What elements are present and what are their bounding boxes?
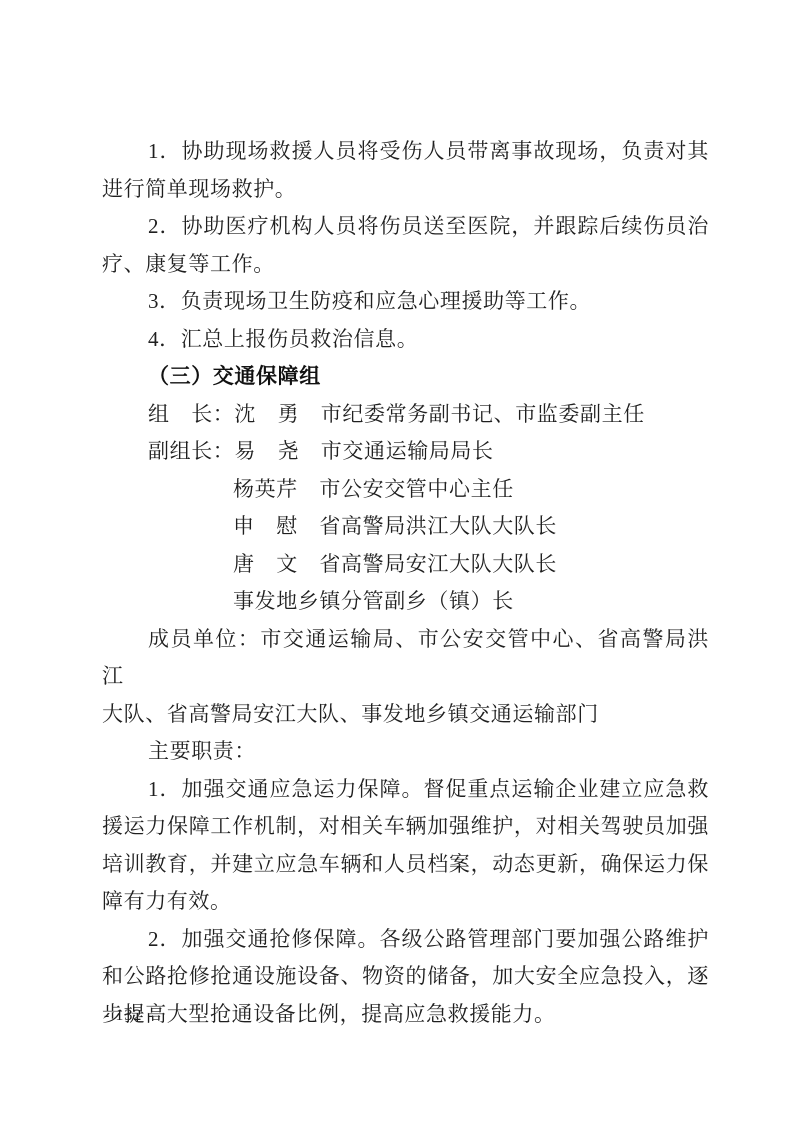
page-number: - 132 - (104, 1006, 154, 1026)
section-heading: （三）交通保障组 (102, 358, 709, 396)
text-line: 步提高大型抢通设备比例，提高应急救援能力。 (102, 996, 709, 1034)
document-page: 1．协助现场救援人员将受伤人员带离事故现场，负责对其进行简单现场救护。2．协助医… (0, 0, 793, 1122)
text-line: 和公路抢修抢通设施设备、物资的储备，加大安全应急投入，逐 (102, 958, 709, 996)
document-body: 1．协助现场救援人员将受伤人员带离事故现场，负责对其进行简单现场救护。2．协助医… (102, 133, 709, 1033)
text-line: 杨英芹 市公安交管中心主任 (102, 471, 709, 509)
text-line: 申 慰 省高警局洪江大队大队长 (102, 508, 709, 546)
text-line: 援运力保障工作机制，对相关车辆加强维护，对相关驾驶员加强 (102, 808, 709, 846)
text-line: 1．协助现场救援人员将受伤人员带离事故现场，负责对其 (102, 133, 709, 171)
text-line: 2．协助医疗机构人员将伤员送至医院，并跟踪后续伤员治 (102, 208, 709, 246)
text-line: 进行简单现场救护。 (102, 171, 709, 209)
text-line: 成员单位：市交通运输局、市公安交管中心、省高警局洪江 (102, 621, 709, 696)
text-line: 1．加强交通应急运力保障。督促重点运输企业建立应急救 (102, 771, 709, 809)
text-line: 2．加强交通抢修保障。各级公路管理部门要加强公路维护 (102, 921, 709, 959)
text-line: 主要职责： (102, 733, 709, 771)
text-line: 副组长：易 尧 市交通运输局局长 (102, 433, 709, 471)
text-line: 事发地乡镇分管副乡（镇）长 (102, 583, 709, 621)
text-line: 组 长：沈 勇 市纪委常务副书记、市监委副主任 (102, 396, 709, 434)
text-line: 培训教育，并建立应急车辆和人员档案，动态更新，确保运力保 (102, 846, 709, 884)
text-line: 3．负责现场卫生防疫和应急心理援助等工作。 (102, 283, 709, 321)
text-line: 4．汇总上报伤员救治信息。 (102, 321, 709, 359)
text-line: 障有力有效。 (102, 883, 709, 921)
text-line: 大队、省高警局安江大队、事发地乡镇交通运输部门 (102, 696, 709, 734)
text-line: 疗、康复等工作。 (102, 246, 709, 284)
text-line: 唐 文 省高警局安江大队大队长 (102, 546, 709, 584)
